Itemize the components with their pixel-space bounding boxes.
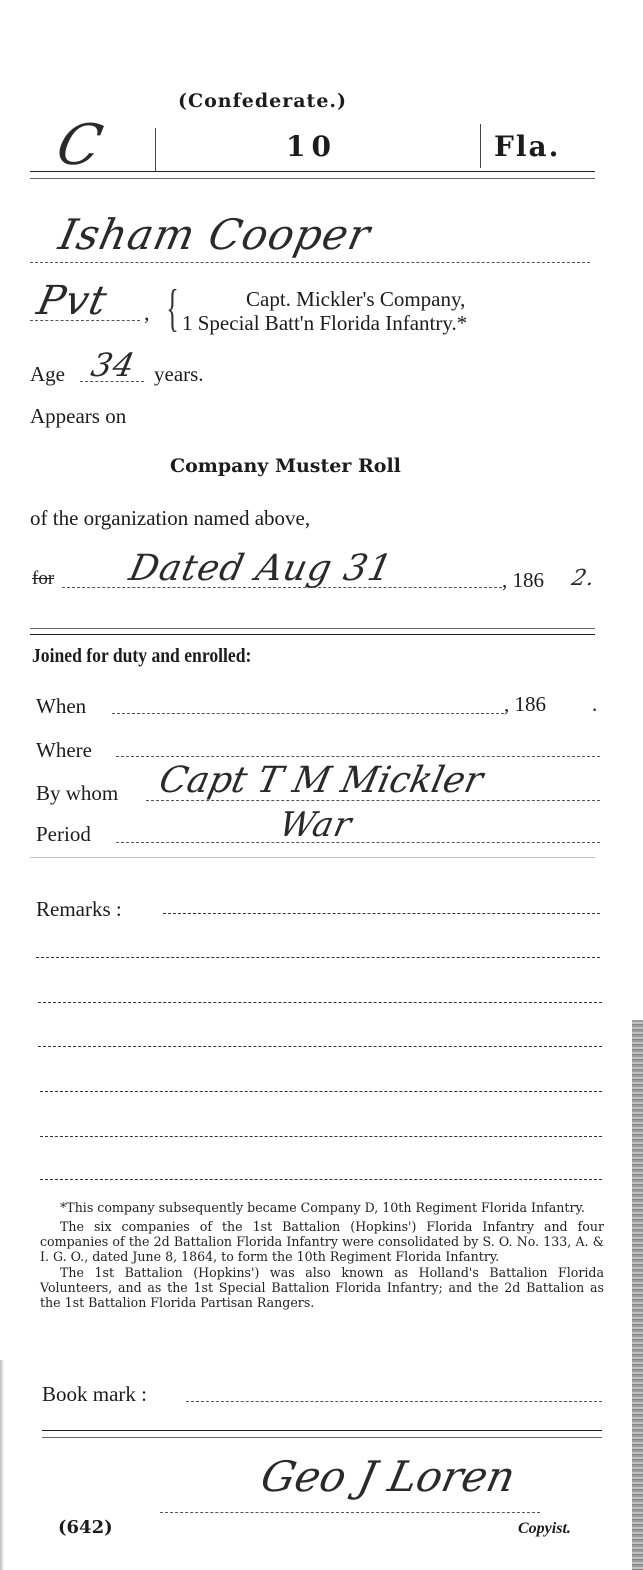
age-label: Age — [30, 362, 65, 387]
unit-line-2: 1 Special Batt'n Florida Infantry.* — [182, 311, 467, 336]
by-whom-label: By whom — [36, 781, 118, 806]
footer-rule-bottom — [42, 1437, 602, 1438]
where-label: Where — [36, 738, 92, 763]
name-line — [30, 262, 590, 263]
header-rule-bottom — [30, 178, 595, 179]
regiment-number: 10 — [286, 130, 337, 163]
by-whom-line — [146, 800, 600, 801]
remarks-line-7[interactable] — [40, 1179, 602, 1180]
enrollment-heading: Joined for duty and enrolled: — [32, 645, 251, 668]
where-line — [116, 756, 600, 757]
unit-line-1: Capt. Mickler's Company, — [246, 287, 465, 312]
remarks-line-2[interactable] — [36, 957, 600, 958]
period-label: Period — [36, 822, 91, 847]
book-mark-label: Book mark : — [42, 1382, 147, 1407]
soldier-name[interactable]: Isham Cooper — [55, 210, 375, 259]
copyist-label: Copyist. — [518, 1520, 571, 1538]
soldier-rank[interactable]: Pvt — [33, 278, 111, 324]
year-suffix[interactable]: 2. — [569, 566, 597, 591]
left-edge-shadow — [0, 1360, 4, 1570]
enrollment-rule — [30, 857, 595, 858]
divider-1 — [155, 128, 156, 172]
company-letter: C — [52, 118, 108, 174]
header-rule-top — [30, 171, 595, 172]
rank-line — [30, 320, 140, 321]
book-mark-line[interactable] — [186, 1401, 602, 1402]
footer-rule-top — [42, 1430, 602, 1431]
page-binding-edge — [632, 1020, 643, 1570]
when-period: . — [592, 692, 597, 717]
age-line — [80, 381, 144, 382]
copyist-signature: Geo J Loren — [257, 1452, 520, 1501]
form-number: (642) — [58, 1517, 113, 1538]
divider-2 — [480, 124, 481, 168]
remarks-line-6[interactable] — [40, 1136, 602, 1137]
when-year: , 186 — [504, 692, 546, 717]
footnote-3: The 1st Battalion (Hopkins') was also kn… — [40, 1265, 604, 1310]
when-line — [112, 713, 504, 714]
roll-type: Company Muster Roll — [170, 455, 401, 477]
record-rule-top — [30, 628, 595, 629]
unit-brace: { — [166, 283, 178, 335]
remarks-line-1[interactable] — [163, 913, 600, 914]
organization-line: of the organization named above, — [30, 506, 310, 531]
footnote-2: The six companies of the 1st Battalion (… — [40, 1219, 604, 1264]
remarks-line-5[interactable] — [40, 1091, 602, 1092]
state-label: Fla. — [494, 130, 560, 163]
appears-on-label: Appears on — [30, 404, 126, 429]
age-suffix: years. — [154, 362, 204, 387]
copyist-line — [160, 1512, 540, 1513]
for-label: for — [32, 568, 54, 590]
footnote-1: *This company subsequently became Compan… — [40, 1200, 604, 1215]
footnotes: *This company subsequently became Compan… — [40, 1200, 604, 1310]
remarks-label: Remarks : — [36, 897, 122, 922]
remarks-line-4[interactable] — [38, 1046, 602, 1047]
rank-comma: , — [144, 300, 150, 326]
for-line — [62, 587, 502, 588]
year-prefix: , 186 — [502, 568, 544, 593]
period-value[interactable]: War — [276, 805, 356, 845]
for-value[interactable]: Dated Aug 31 — [126, 548, 397, 589]
age-value[interactable]: 34 — [88, 346, 139, 384]
period-line — [116, 842, 600, 843]
side-label: (Confederate.) — [178, 90, 347, 112]
when-label: When — [36, 694, 86, 719]
remarks-line-3[interactable] — [38, 1002, 602, 1003]
record-rule-bottom — [30, 634, 595, 635]
by-whom-value[interactable]: Capt T M Mickler — [156, 760, 487, 801]
